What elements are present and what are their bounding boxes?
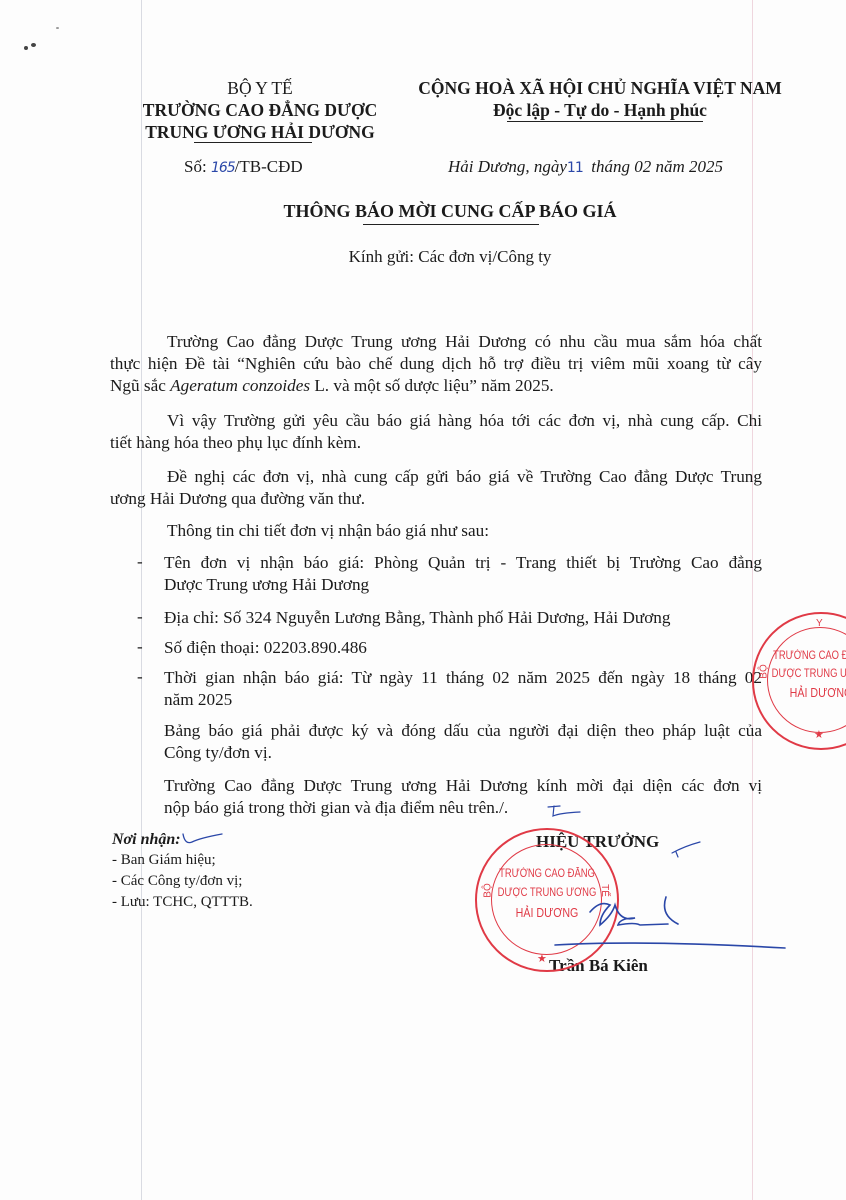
handwritten-signature: [0, 0, 846, 1200]
